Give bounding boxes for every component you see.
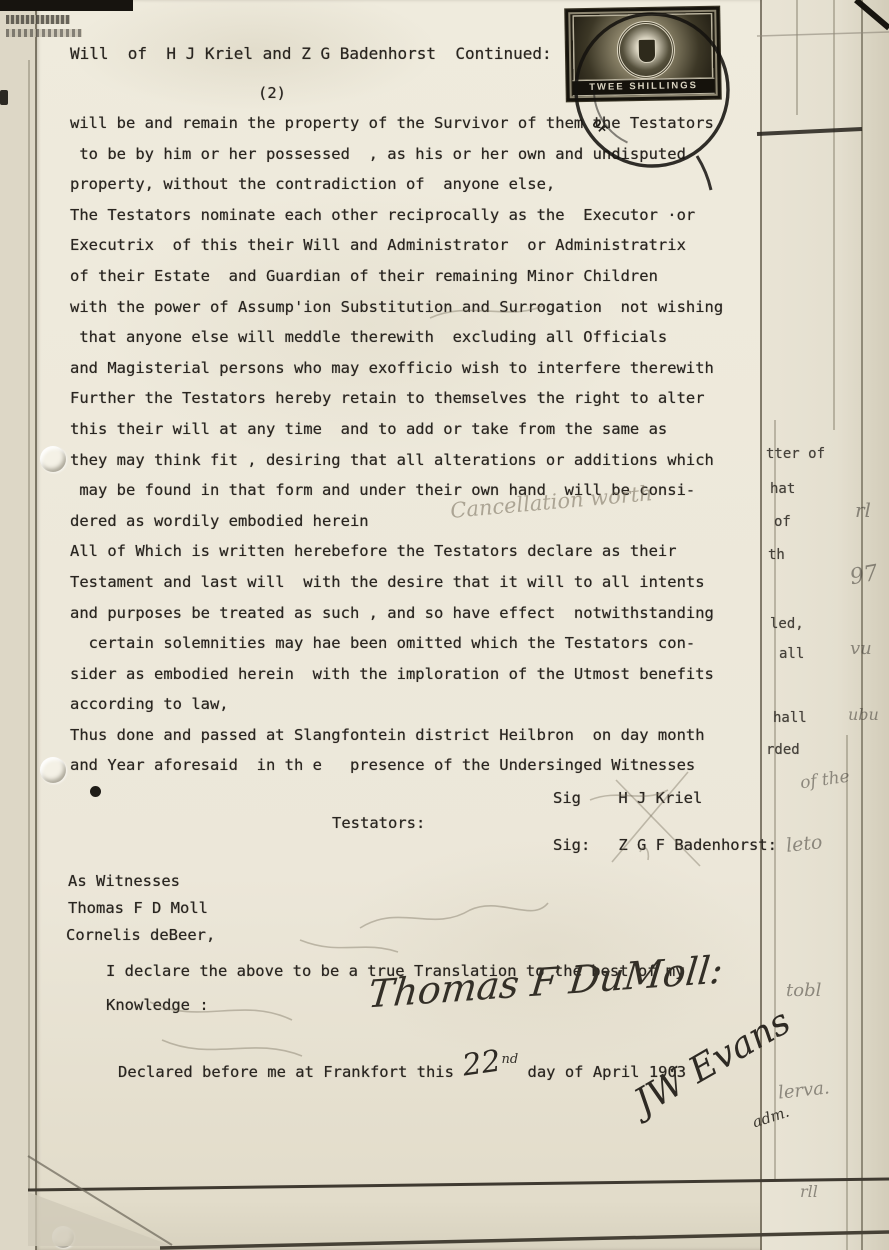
revenue-stamp: TWEE SHILLINGS bbox=[565, 7, 721, 102]
signature-line-kriel: Sig H J Kriel bbox=[553, 789, 702, 807]
ink-speck bbox=[0, 90, 8, 105]
underpage-text-fragment: rded bbox=[766, 742, 800, 758]
body-line: Thus done and passed at Slangfontein dis… bbox=[70, 720, 723, 751]
body-line: Testament and last will with the desire … bbox=[70, 567, 723, 598]
punch-hole bbox=[52, 1226, 74, 1248]
body-line: and Year aforesaid in th e presence of t… bbox=[70, 750, 723, 781]
margin-scribble: ubu bbox=[848, 705, 879, 724]
page-left-edge-crease bbox=[28, 60, 30, 1190]
body-line: property, without the contradiction of a… bbox=[70, 169, 723, 200]
underpage-text-fragment: hat bbox=[770, 481, 795, 497]
ink-blot bbox=[90, 786, 101, 797]
margin-scribble: rl bbox=[855, 498, 871, 522]
document-title: Will of H J Kriel and Z G Badenhorst Con… bbox=[70, 44, 552, 63]
testators-label: Testators: bbox=[332, 814, 425, 832]
underpage-edge-line-4 bbox=[846, 735, 848, 1250]
page-number: (2) bbox=[258, 84, 286, 102]
signature-line-badenhorst: Sig: Z G F Badenhorst: bbox=[553, 836, 777, 854]
body-line: Further the Testators hereby retain to t… bbox=[70, 383, 723, 414]
stamp-engraving bbox=[572, 13, 713, 81]
will-body-text: will be and remain the property of the S… bbox=[70, 108, 723, 781]
underpage-text-fragment: of bbox=[774, 514, 791, 530]
body-line: they may think fit , desiring that all a… bbox=[70, 445, 723, 476]
underpage-text-fragment: th bbox=[768, 547, 785, 563]
body-line: according to law, bbox=[70, 689, 723, 720]
scan-edge-band bbox=[0, 0, 133, 11]
margin-scribble: leto bbox=[785, 831, 824, 857]
declaration-line-2: Knowledge : bbox=[106, 996, 209, 1014]
body-line: that anyone else will meddle therewith e… bbox=[70, 322, 723, 353]
stamp-denomination: TWEE SHILLINGS bbox=[572, 78, 714, 96]
witness-name-2: Cornelis deBeer, bbox=[66, 926, 215, 944]
body-line: and Magisterial persons who may exoffici… bbox=[70, 353, 723, 384]
underpage-text-fragment: all bbox=[779, 646, 804, 662]
declared-before-line: Declared before me at Frankfort this 22n… bbox=[118, 1050, 686, 1085]
witness-name-1: Thomas F D Moll bbox=[68, 899, 208, 917]
body-line: and purposes be treated as such , and so… bbox=[70, 598, 723, 629]
handwritten-day-ordinal: nd bbox=[501, 1052, 518, 1067]
punch-hole bbox=[40, 446, 66, 472]
declared-prefix: Declared before me at Frankfort this bbox=[118, 1063, 463, 1081]
body-line: certain solemnities may hae been omitted… bbox=[70, 628, 723, 659]
margin-scribble: 97 bbox=[848, 561, 880, 590]
body-line: will be and remain the property of the S… bbox=[70, 108, 723, 139]
scanned-will-document: TWEE SHILLINGS OF Will of H J Kriel and … bbox=[0, 0, 889, 1250]
body-line: Executrix of this their Will and Adminis… bbox=[70, 230, 723, 261]
margin-scribble: tobl bbox=[786, 980, 821, 1001]
margin-scribble: vu bbox=[850, 638, 872, 659]
underpage-edge-line-5 bbox=[861, 0, 863, 1250]
body-line: All of Which is written herebefore the T… bbox=[70, 536, 723, 567]
underpage-edge-line-1 bbox=[760, 0, 762, 1250]
binding-mark bbox=[6, 29, 82, 37]
page-left-edge-line bbox=[35, 10, 37, 1250]
body-line: with the power of Assump'ion Substitutio… bbox=[70, 292, 723, 323]
binding-mark bbox=[6, 15, 70, 24]
body-line: dered as wordily embodied herein bbox=[70, 506, 723, 537]
punch-hole bbox=[40, 757, 66, 783]
margin-scribble: rll bbox=[800, 1182, 818, 1201]
witnesses-heading: As Witnesses bbox=[68, 872, 180, 890]
body-line: of their Estate and Guardian of their re… bbox=[70, 261, 723, 292]
underpage-text-fragment: led, bbox=[770, 616, 804, 632]
body-line: The Testators nominate each other recipr… bbox=[70, 200, 723, 231]
body-line: this their will at any time and to add o… bbox=[70, 414, 723, 445]
body-line: sider as embodied herein with the implor… bbox=[70, 659, 723, 690]
underpage-text-fragment: hall bbox=[773, 710, 807, 726]
underpage-fold-line bbox=[774, 420, 776, 1180]
underpage-edge-line-3 bbox=[833, 0, 835, 430]
underpage-edge-line-2 bbox=[796, 0, 798, 115]
stamp-shield-icon bbox=[638, 39, 656, 63]
handwritten-day-number: 22 bbox=[460, 1044, 503, 1084]
stamp-coat-of-arms bbox=[616, 20, 675, 79]
body-line: to be by him or her possessed , as his o… bbox=[70, 139, 723, 170]
underpage-text-fragment: tter of bbox=[766, 446, 825, 462]
